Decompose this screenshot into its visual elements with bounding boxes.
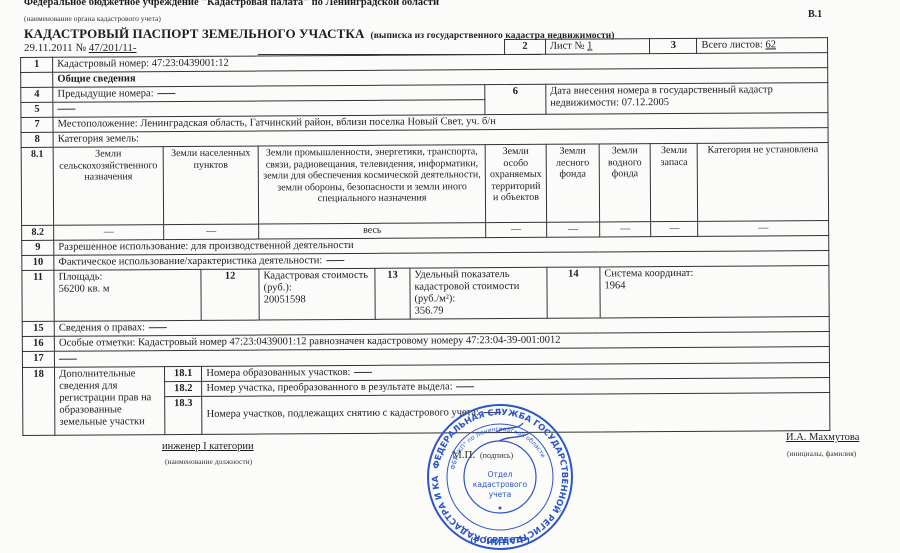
title-text: КАДАСТРОВЫЙ ПАСПОРТ ЗЕМЕЛЬНОГО УЧАСТКА: [24, 26, 364, 41]
signature-caption: (подпись): [480, 451, 513, 460]
val-forest: —: [546, 222, 599, 237]
total-sheets: 62: [765, 39, 776, 50]
cadastral-value: Кадастровая стоимость (руб.):20051598: [259, 268, 375, 320]
coordinate-system-value: 1964: [604, 279, 824, 292]
cat-agricultural: Земли сельскохозяйственного назначения: [53, 147, 163, 226]
signer-position-caption: (наименование должности): [165, 457, 252, 466]
registration-date: Дата внесения номера в государственный к…: [546, 83, 828, 115]
sheet-number: 1: [587, 41, 592, 52]
val-agricultural: —: [54, 225, 164, 240]
total-sheets-cell: Всего листов: 62: [697, 38, 828, 54]
form-code: В.1: [808, 9, 822, 20]
field-3-num: 3: [650, 38, 697, 53]
cat-forest: Земли лесного фонда: [546, 144, 600, 222]
cadastral-value-amount: 20051598: [264, 294, 371, 307]
cat-water: Земли водного фонда: [599, 144, 651, 222]
stamp-mp-label: М.П.: [452, 449, 475, 461]
row-11-14: 11 Площадь:56200 кв. м 12 Кадастровая ст…: [22, 266, 829, 322]
specific-value: Удельный показатель кадастровой стоимост…: [410, 267, 547, 319]
cat-industry: Земли промышленности, энергетики, трансп…: [258, 145, 486, 224]
val-not-set: —: [698, 221, 829, 236]
signer-name: И.А. Махмутова: [786, 432, 859, 443]
passport-table: 2 Лист № 1 3 Всего листов: 62 1 Кадастро…: [20, 37, 830, 436]
val-protected: —: [486, 223, 547, 238]
official-stamp: ФЕДЕРАЛЬНАЯ СЛУЖБА ГОСУДАРСТВЕННОЙ РЕГИС…: [425, 403, 575, 551]
svg-text:(РОСРЕЕСТР): (РОСРЕЕСТР): [470, 536, 530, 545]
cat-not-set: Категория не установлена: [698, 143, 829, 222]
organization-caption: (наименование органа кадастрового учета): [24, 14, 161, 23]
svg-text:учета: учета: [489, 490, 511, 499]
cat-reserve: Земли запаса: [650, 144, 698, 222]
area: Площадь:56200 кв. м: [54, 269, 201, 321]
svg-text:Отдел: Отдел: [488, 470, 513, 479]
cat-protected: Земли особо охраняемых территорий и объе…: [485, 145, 546, 223]
svg-text:кадастрового: кадастрового: [473, 480, 528, 489]
cat-settlements: Земли населенных пунктов: [163, 146, 259, 225]
val-water: —: [600, 222, 651, 237]
signer-name-caption: (инициалы, фамилия): [787, 449, 856, 458]
val-reserve: —: [651, 222, 698, 237]
val-industry: весь: [259, 223, 486, 239]
val-settlements: —: [164, 224, 259, 239]
field-2-num: 2: [504, 39, 545, 54]
area-value: 56200 кв. м: [59, 283, 197, 296]
coordinate-system: Система координат:1964: [600, 266, 829, 319]
additional-info-label: Дополнительные сведения для регистрации …: [55, 366, 165, 435]
signer-position: инженер I категории: [162, 441, 254, 452]
organization-name: Федеральное бюджетное учреждение "Кадаст…: [24, 0, 439, 8]
row-8-1-category-headers: 8.1 Земли сельскохозяйственного назначен…: [21, 143, 828, 226]
sheet-number-cell: Лист № 1: [545, 39, 650, 55]
cadastral-passport-page: Федеральное бюджетное учреждение "Кадаст…: [0, 0, 900, 553]
specific-value-amount: 356.79: [415, 305, 543, 318]
